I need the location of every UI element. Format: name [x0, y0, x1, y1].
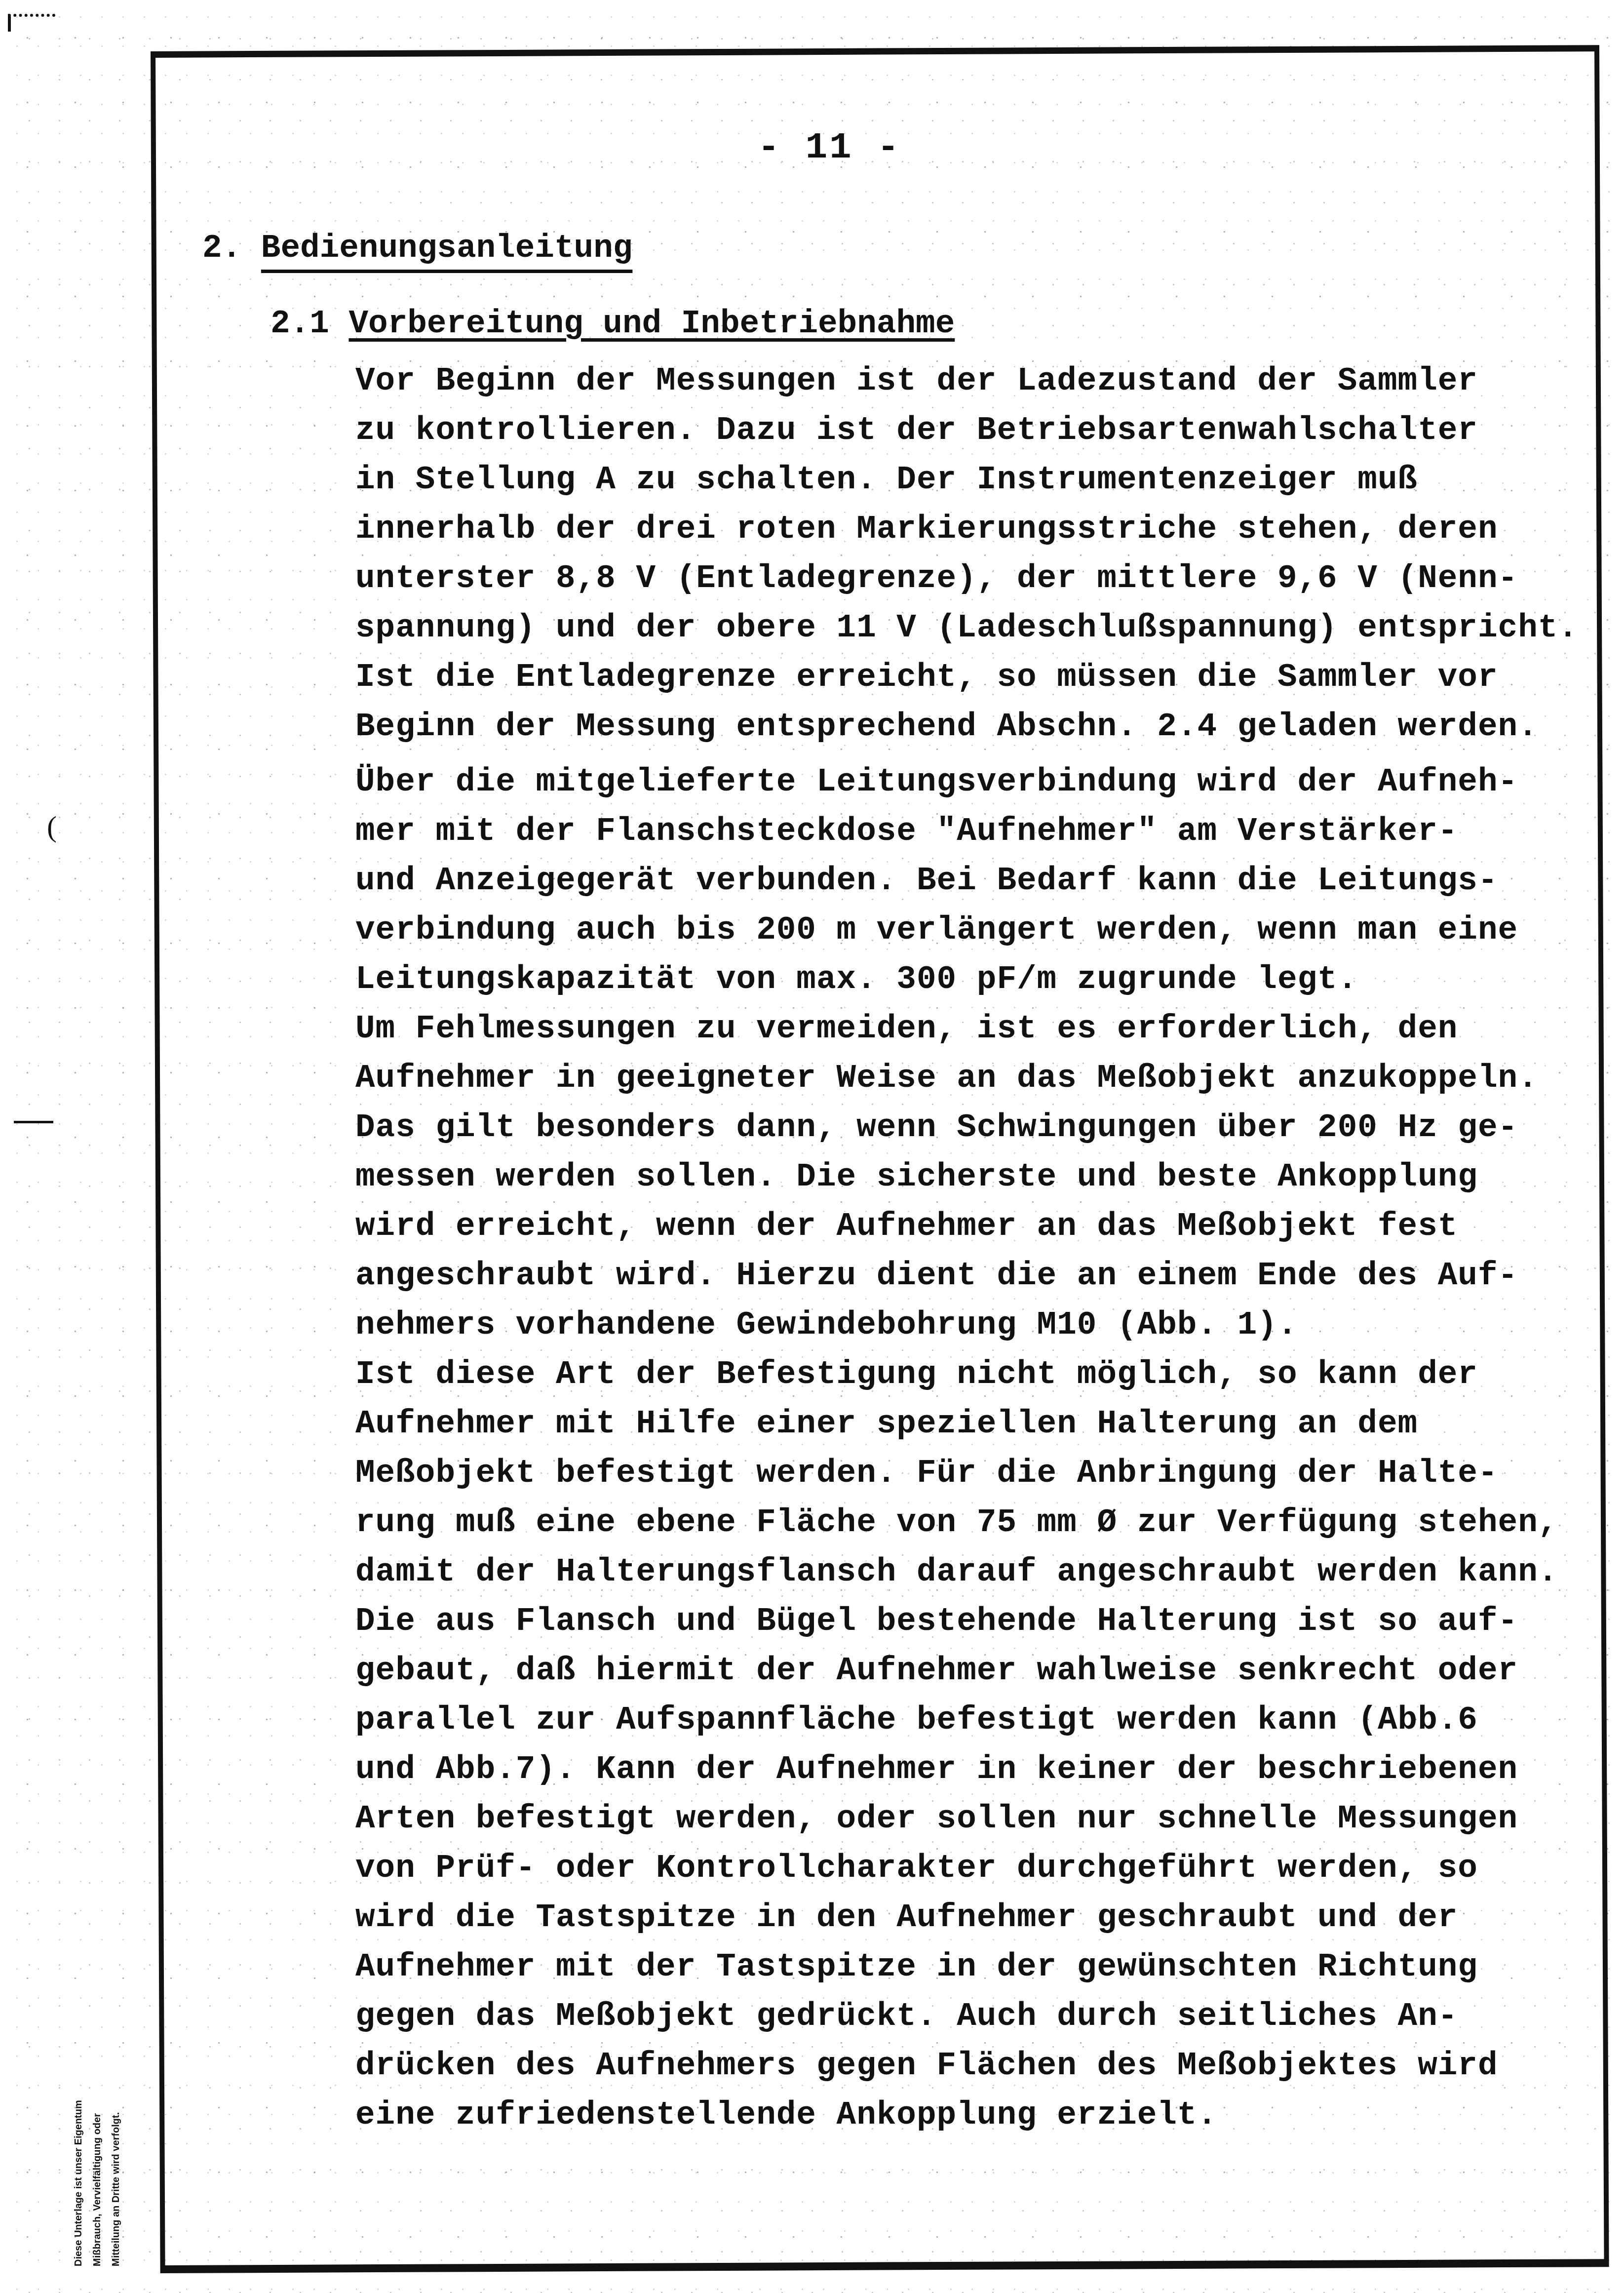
- text-line: Arten befestigt werden, oder sollen nur …: [355, 1794, 1589, 1844]
- margin-stamp-line: Diese Unterlage ist unser Eigentum: [69, 1990, 88, 2266]
- subsection-heading: 2.1 Vorbereitung und Inbetriebnahme: [271, 305, 955, 342]
- body-text: Vor Beginn der Messungen ist der Ladezus…: [355, 356, 1589, 2140]
- text-line: wird erreicht, wenn der Aufnehmer an das…: [355, 1202, 1589, 1251]
- text-line: Ist die Entladegrenze erreicht, so müsse…: [355, 653, 1589, 702]
- text-line: spannung) und der obere 11 V (Ladeschluß…: [355, 603, 1589, 653]
- text-line: parallel zur Aufspannfläche befestigt we…: [355, 1696, 1589, 1745]
- text-line: Leitungskapazität von max. 300 pF/m zugr…: [355, 955, 1589, 1004]
- text-line: unterster 8,8 V (Entladegrenze), der mit…: [355, 554, 1589, 603]
- margin-stamp-line: Mitteilung an Dritte wird verfolgt.: [107, 1990, 125, 2266]
- subsection-number: 2.1: [271, 305, 329, 342]
- text-line: angeschraubt wird. Hierzu dient die an e…: [355, 1251, 1589, 1301]
- text-line: Vor Beginn der Messungen ist der Ladezus…: [355, 356, 1589, 406]
- text-line: Die aus Flansch und Bügel bestehende Hal…: [355, 1597, 1589, 1646]
- text-line: nehmers vorhandene Gewindebohrung M10 (A…: [355, 1301, 1589, 1350]
- text-line: innerhalb der drei roten Markierungsstri…: [355, 505, 1589, 554]
- margin-dash: [14, 1121, 53, 1123]
- text-line: Beginn der Messung entsprechend Abschn. …: [355, 702, 1589, 751]
- text-line: rung muß eine ebene Fläche von 75 mm Ø z…: [355, 1498, 1589, 1547]
- margin-stamp: Diese Unterlage ist unser Eigentum Mißbr…: [69, 1990, 125, 2266]
- section-number: 2.: [202, 230, 241, 267]
- subsection-title: Vorbereitung und Inbetriebnahme: [348, 305, 955, 342]
- corner-mark: [8, 14, 55, 32]
- text-line: damit der Halterungsflansch darauf anges…: [355, 1547, 1589, 1597]
- text-line: gebaut, daß hiermit der Aufnehmer wahlwe…: [355, 1646, 1589, 1696]
- text-line: Um Fehlmessungen zu vermeiden, ist es er…: [355, 1004, 1589, 1054]
- text-line: und Anzeigegerät verbunden. Bei Bedarf k…: [355, 856, 1589, 906]
- text-line: von Prüf- oder Kontrollcharakter durchge…: [355, 1844, 1589, 1893]
- text-line: Ist diese Art der Befestigung nicht mögl…: [355, 1350, 1589, 1399]
- page-number: - 11 -: [758, 127, 901, 169]
- section-title: Bedienungsanleitung: [261, 230, 633, 267]
- text-line: drücken des Aufnehmers gegen Flächen des…: [355, 2041, 1589, 2091]
- text-line: mer mit der Flanschsteckdose "Aufnehmer"…: [355, 807, 1589, 856]
- text-line: Das gilt besonders dann, wenn Schwingung…: [355, 1103, 1589, 1152]
- text-line: Meßobjekt befestigt werden. Für die Anbr…: [355, 1449, 1589, 1498]
- text-line: verbindung auch bis 200 m verlängert wer…: [355, 906, 1589, 955]
- margin-curve-mark: (: [47, 810, 57, 844]
- text-line: gegen das Meßobjekt gedrückt. Auch durch…: [355, 1992, 1589, 2041]
- text-line: und Abb.7). Kann der Aufnehmer in keiner…: [355, 1745, 1589, 1794]
- text-line: Aufnehmer mit der Tastspitze in der gewü…: [355, 1942, 1589, 1992]
- text-line: eine zufriedenstellende Ankopplung erzie…: [355, 2091, 1589, 2140]
- text-line: in Stellung A zu schalten. Der Instrumen…: [355, 455, 1589, 505]
- text-line: Über die mitgelieferte Leitungsverbindun…: [355, 757, 1589, 807]
- margin-stamp-line: Mißbrauch, Vervielfältigung oder: [88, 1990, 107, 2266]
- text-line: wird die Tastspitze in den Aufnehmer ges…: [355, 1893, 1589, 1942]
- section-heading: 2. Bedienungsanleitung: [202, 230, 632, 267]
- text-line: Aufnehmer in geeigneter Weise an das Meß…: [355, 1054, 1589, 1103]
- text-line: zu kontrollieren. Dazu ist der Betriebsa…: [355, 406, 1589, 455]
- text-line: Aufnehmer mit Hilfe einer speziellen Hal…: [355, 1399, 1589, 1449]
- text-line: messen werden sollen. Die sicherste und …: [355, 1152, 1589, 1202]
